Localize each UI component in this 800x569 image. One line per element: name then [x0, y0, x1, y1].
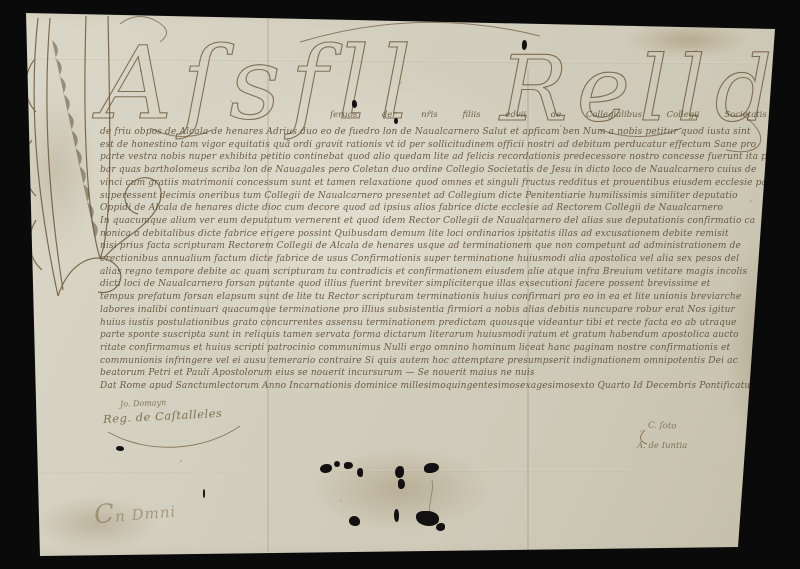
manuscript-line: est de honestino tam vigor equitatis quã…: [100, 139, 766, 152]
chancery-signature-line2: Reg. de Caſtalleles: [103, 406, 223, 426]
manuscript-line: parte vestra nobis nuper exhibita petiti…: [100, 151, 766, 164]
ink-blot: [344, 462, 353, 469]
fold-crease: [34, 469, 740, 473]
ink-blot: [416, 511, 439, 526]
calligraphic-initials-left: Aſsfll: [92, 25, 422, 142]
ink-blot: [394, 509, 399, 522]
parchment-sheet: Aſsfll Rellds ſeruos der nr̃is filiis ed…: [0, 0, 800, 569]
ink-blot: [395, 466, 404, 478]
manuscript-line: dicti loci de Naualcarnero forsan putant…: [100, 278, 766, 291]
manuscript-line: superessent decimis oneribus tum Collegi…: [100, 190, 766, 203]
manuscript-line: vinci cum gratiis matrimonii concessum s…: [100, 177, 766, 190]
chancery-signature-line1: Jo. Domayn: [120, 398, 167, 409]
ink-speck: [116, 446, 124, 451]
manuscript-line: tempus prefatum forsan elapsum sunt de l…: [100, 291, 766, 304]
age-speckles: [140, 70, 142, 72]
manuscript-line: huius iustis postulationibus grato concu…: [100, 317, 766, 330]
manuscript-photo: Aſsfll Rellds ſeruos der nr̃is filiis ed…: [0, 0, 800, 569]
docket-note: Cn Dmni: [93, 493, 177, 530]
ink-blot: [334, 461, 340, 467]
signature-flourish: [108, 426, 647, 447]
manuscript-line: ritate confirmamus et huius scripti patr…: [100, 342, 766, 355]
leaf-chain: [52, 40, 98, 238]
manuscript-line: nonica a debitalibus dicte fabrice erige…: [100, 228, 766, 241]
manuscript-line: alias regno tempore debite ac quam scrip…: [100, 266, 766, 279]
manuscript-line: bar quas bartholomeus scriba lon de Naua…: [100, 164, 766, 177]
manuscript-line: de friu obpos de Alcala de henares Adriu…: [100, 126, 766, 139]
manuscript-line: labores inalibi continuari quacumque ter…: [100, 304, 766, 317]
ink-speck: [352, 100, 357, 108]
ink-blot: [357, 468, 363, 477]
manuscript-line: In quacumque alium ver eum deputatum ver…: [100, 215, 766, 228]
ink-speck: [522, 40, 527, 50]
manuscript-line: erectionibus annualium factum dicte fabr…: [100, 253, 766, 266]
ink-blot: [424, 463, 439, 473]
manuscript-line: Dat Rome apud Sanctumlectorum Anno Incar…: [100, 380, 766, 393]
ink-blot: [436, 523, 445, 531]
ink-speck: [203, 489, 205, 498]
blot-crack: [430, 480, 433, 512]
manuscript-text-block: de friu obpos de Alcala de henares Adriu…: [100, 126, 766, 393]
manuscript-line: beatorum Petri et Pauli Apostolorum eius…: [100, 367, 766, 380]
fold-crease: [28, 57, 772, 64]
manuscript-line: communionis infringere vel ei ausu temer…: [100, 355, 766, 368]
ink-blot: [320, 464, 332, 473]
ink-blot: [349, 516, 360, 526]
manuscript-line: Oppidi de Alcala de henares dicte dioc c…: [100, 202, 766, 215]
ink-speck: [394, 118, 398, 124]
registrar-mark-iuntia: A. de Iuntia: [637, 441, 687, 451]
manuscript-line: nisi prius facta scripturam Rectorem Col…: [100, 240, 766, 253]
manuscript-line: parte sponte suscripta sunt in reliquis …: [100, 329, 766, 342]
registrar-mark-soto: C. ſoto: [648, 421, 677, 432]
ink-blot: [398, 479, 405, 489]
